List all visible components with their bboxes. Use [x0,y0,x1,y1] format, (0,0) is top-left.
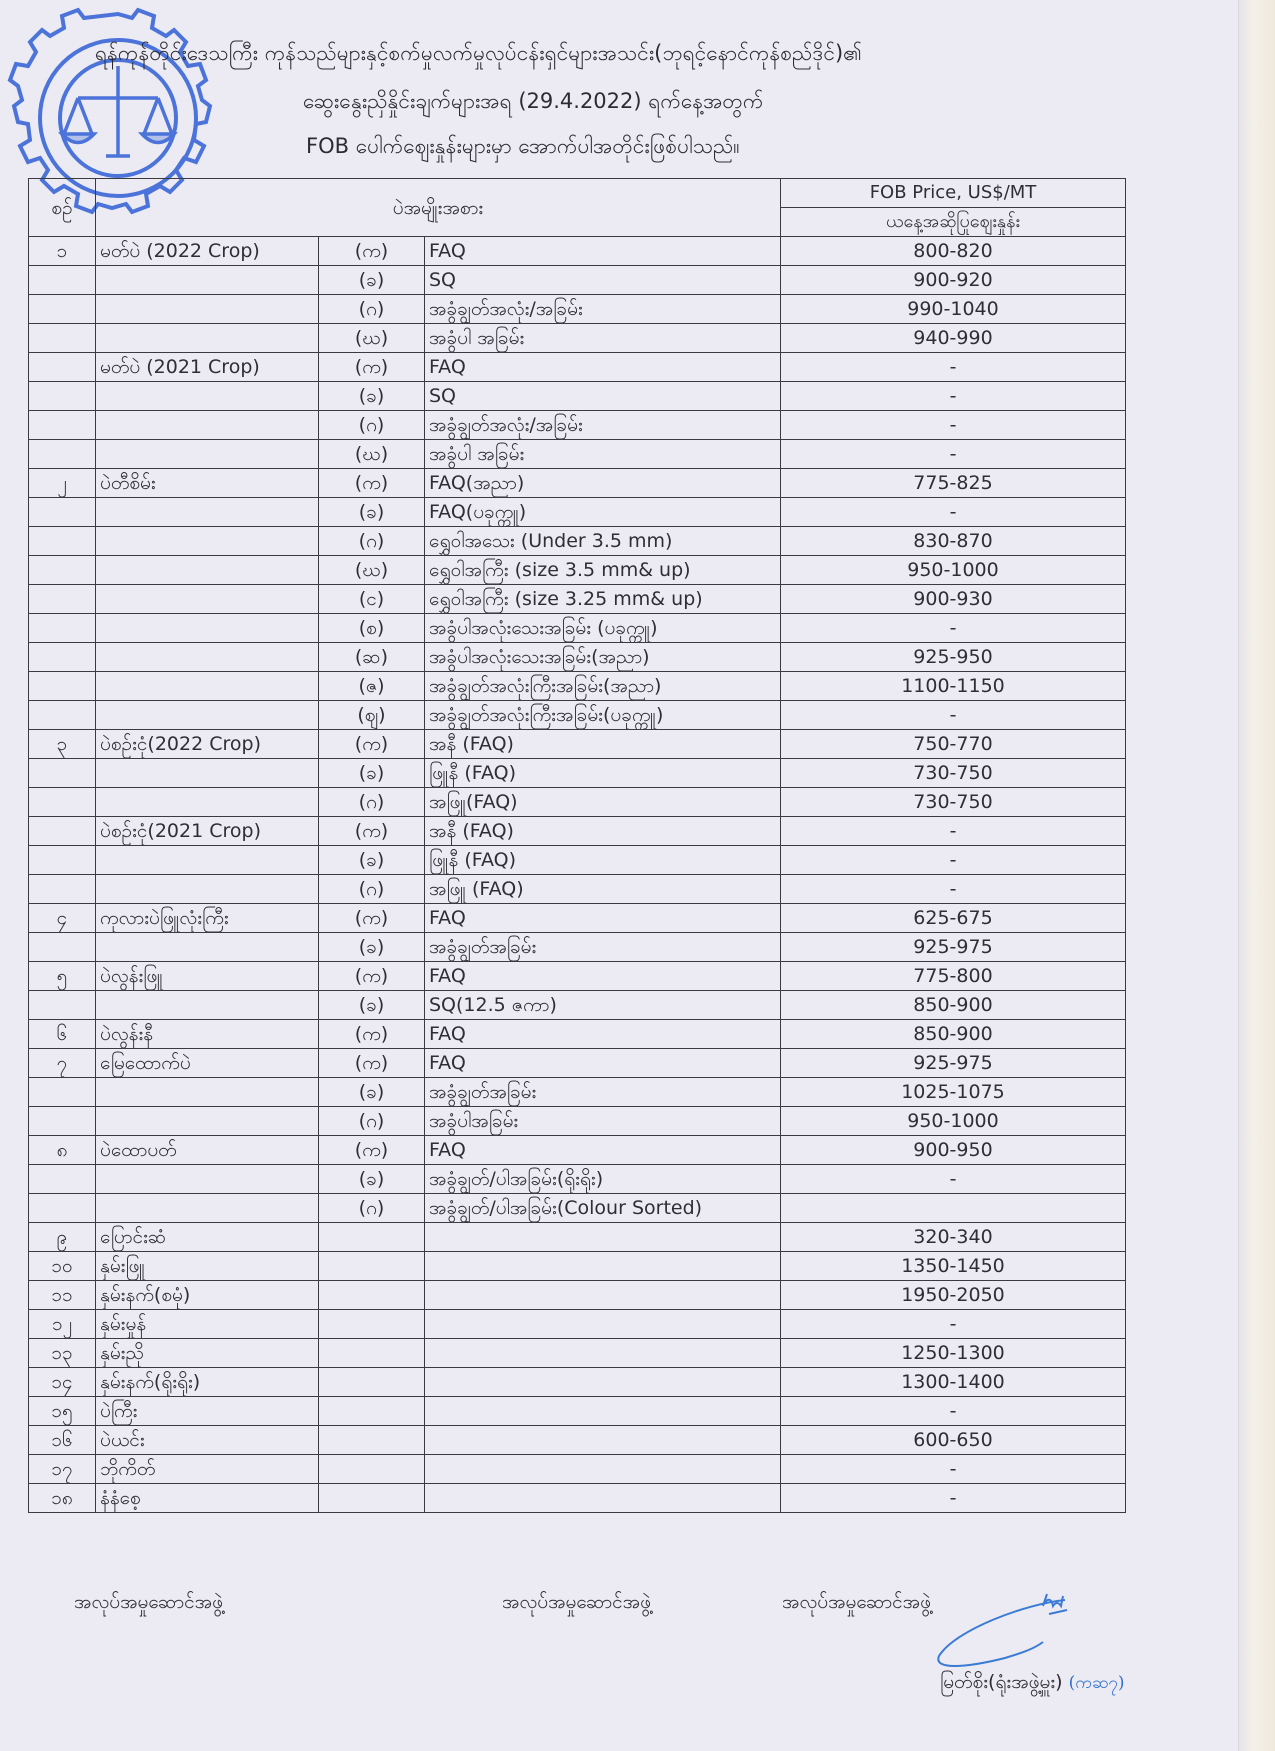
grade-cell: FAQ(အညာ) [425,469,781,498]
table-row: ၇မြေထောက်ပဲ(က)FAQ925-975 [29,1049,1126,1078]
grade-cell: အဖြူ(FAQ) [425,788,781,817]
grade-cell: အခွံပါအခြမ်း [425,1107,781,1136]
price-cell: 320-340 [781,1223,1126,1252]
header-serial-number: စဉ် [29,179,96,237]
bean-name-cell: နှမ်းမှုန် [96,1310,319,1339]
sub-item-cell: (က) [319,904,425,933]
grade-cell: အခွံပါအလုံးသေးအခြမ်း (ပခုက္ကူ) [425,614,781,643]
sub-item-cell [319,1368,425,1397]
sub-item-cell: (က) [319,237,425,266]
sub-item-cell: (က) [319,1049,425,1078]
grade-cell: အခွံချွတ်အခြမ်း [425,933,781,962]
sub-item-cell: (ဇ) [319,672,425,701]
serial-number-cell [29,324,96,353]
table-row: ၁၄နှမ်းနက်(ရိုးရိုး)1300-1400 [29,1368,1126,1397]
table-row: (ဂ)အခွံချွတ်/ပါအခြမ်း(Colour Sorted) [29,1194,1126,1223]
serial-number-cell [29,875,96,904]
price-cell: - [781,498,1126,527]
grade-cell: အခွံချွတ်/ပါအခြမ်း(ရိုးရိုး) [425,1165,781,1194]
serial-number-cell [29,353,96,382]
serial-number-cell [29,788,96,817]
bean-name-cell [96,295,319,324]
bean-name-cell [96,585,319,614]
grade-cell: ဖြူနီ (FAQ) [425,759,781,788]
price-cell: - [781,1455,1126,1484]
bean-name-cell: ပဲလွန်းဖြူ [96,962,319,991]
sub-item-cell: (ဂ) [319,527,425,556]
serial-number-cell [29,585,96,614]
table-row: (ခ)SQ(12.5 ဇကာ)850-900 [29,991,1126,1020]
bean-name-cell [96,788,319,817]
serial-number-cell [29,643,96,672]
table-row: (ဇ)အခွံချွတ်အလုံးကြီးအခြမ်း(အညာ)1100-115… [29,672,1126,701]
table-row: ၁၈နံနံစေ့- [29,1484,1126,1513]
bean-name-cell [96,440,319,469]
grade-cell [425,1252,781,1281]
serial-number-cell [29,759,96,788]
table-row: ၆ပဲလွန်းနီ(က)FAQ850-900 [29,1020,1126,1049]
sub-item-cell: (ဂ) [319,1107,425,1136]
grade-cell: ရွှေဝါအသေး (Under 3.5 mm) [425,527,781,556]
sub-item-cell: (က) [319,1020,425,1049]
table-row: (စ)အခွံပါအလုံးသေးအခြမ်း (ပခုက္ကူ)- [29,614,1126,643]
bean-name-cell [96,933,319,962]
table-row: ပဲစဉ်းငုံ(2021 Crop)(က)အနီ (FAQ)- [29,817,1126,846]
price-cell: 1950-2050 [781,1281,1126,1310]
table-row: (ခ)အခွံချွတ်/ပါအခြမ်း(ရိုးရိုး)- [29,1165,1126,1194]
grade-cell: SQ(12.5 ဇကာ) [425,991,781,1020]
table-row: ၅ပဲလွန်းဖြူ(က)FAQ775-800 [29,962,1126,991]
price-cell: - [781,1310,1126,1339]
bean-name-cell [96,1194,319,1223]
serial-number-cell: ၄ [29,904,96,933]
price-cell: - [781,817,1126,846]
price-cell: 925-950 [781,643,1126,672]
approver-signature-block: မြတ်စိုး(ရုံးအဖွဲ့မှူး)(ကဆ၇) [940,1670,1125,1698]
sub-item-cell [319,1426,425,1455]
sub-item-cell: (ခ) [319,498,425,527]
grade-cell [425,1397,781,1426]
grade-cell: အနီ (FAQ) [425,817,781,846]
sub-item-cell: (စ) [319,614,425,643]
table-row: ၁၅ပဲကြီး- [29,1397,1126,1426]
table-row: ၁၀နှမ်းဖြူ1350-1450 [29,1252,1126,1281]
grade-cell: အခွံချွတ်အလုံး/အခြမ်း [425,411,781,440]
serial-number-cell [29,556,96,585]
bean-name-cell: နှမ်းညို [96,1339,319,1368]
bean-name-cell: ပြောင်းဆံ [96,1223,319,1252]
sub-item-cell [319,1223,425,1252]
serial-number-cell [29,440,96,469]
document-title-line-1: ရန်ကုန်တိုင်းဒေသကြီး ကုန်သည်များနှင့်စက်… [95,40,862,71]
grade-cell: FAQ [425,1049,781,1078]
sub-item-cell [319,1281,425,1310]
price-cell: 775-800 [781,962,1126,991]
table-row: (ဂ)အဖြူ (FAQ)- [29,875,1126,904]
table-row: (ခ)ဖြူနီ (FAQ)730-750 [29,759,1126,788]
bean-name-cell: ကုလားပဲဖြူလုံးကြီး [96,904,319,933]
grade-cell: FAQ [425,237,781,266]
grade-cell: ဖြူနီ (FAQ) [425,846,781,875]
serial-number-cell: ၁၃ [29,1339,96,1368]
price-cell: 950-1000 [781,556,1126,585]
serial-number-cell: ၁ [29,237,96,266]
serial-number-cell: ၁၅ [29,1397,96,1426]
table-row: (ခ)ဖြူနီ (FAQ)- [29,846,1126,875]
grade-cell [425,1339,781,1368]
sub-item-cell: (ဈ) [319,701,425,730]
serial-number-cell: ၅ [29,962,96,991]
price-cell: - [781,614,1126,643]
sub-item-cell: (ခ) [319,933,425,962]
serial-number-cell: ၉ [29,1223,96,1252]
table-row: (ဂ)အဖြူ(FAQ)730-750 [29,788,1126,817]
serial-number-cell: ၇ [29,1049,96,1078]
sub-item-cell: (က) [319,817,425,846]
serial-number-cell [29,527,96,556]
bean-name-cell [96,1078,319,1107]
grade-cell: အခွံချွတ်အလုံးကြီးအခြမ်း(ပခုက္ကူ) [425,701,781,730]
serial-number-cell [29,382,96,411]
table-row: (ဃ)အခွံပါ အခြမ်း940-990 [29,324,1126,353]
bean-name-cell [96,556,319,585]
bean-name-cell [96,643,319,672]
bean-name-cell [96,1107,319,1136]
serial-number-cell [29,701,96,730]
sub-item-cell [319,1484,425,1513]
bean-name-cell [96,991,319,1020]
table-row: ၁မတ်ပဲ (2022 Crop)(က)FAQ800-820 [29,237,1126,266]
price-cell: 1100-1150 [781,672,1126,701]
sub-item-cell: (ဂ) [319,875,425,904]
serial-number-cell: ၈ [29,1136,96,1165]
bean-name-cell [96,875,319,904]
sub-item-cell: (က) [319,353,425,382]
serial-number-cell: ၁၇ [29,1455,96,1484]
sub-item-cell: (ဂ) [319,411,425,440]
grade-cell: အခွံချွတ်/ပါအခြမ်း(Colour Sorted) [425,1194,781,1223]
serial-number-cell [29,846,96,875]
serial-number-cell [29,991,96,1020]
grade-cell: အနီ (FAQ) [425,730,781,759]
table-row: မတ်ပဲ (2021 Crop)(က)FAQ- [29,353,1126,382]
approver-name: မြတ်စိုး(ရုံးအဖွဲ့မှူး) [940,1671,1063,1693]
scanned-page-edge [1238,0,1275,1751]
sub-item-cell: (ခ) [319,991,425,1020]
serial-number-cell: ၂ [29,469,96,498]
price-cell: - [781,701,1126,730]
serial-number-cell: ၁၂ [29,1310,96,1339]
price-cell: - [781,1484,1126,1513]
sub-item-cell: (ခ) [319,1078,425,1107]
serial-number-cell [29,1165,96,1194]
price-cell: 1025-1075 [781,1078,1126,1107]
table-row: (ဂ)ရွှေဝါအသေး (Under 3.5 mm)830-870 [29,527,1126,556]
document-title-line-3: FOB ပေါက်ဈေးနှုန်းများမှာ အောက်ပါအတိုင်း… [306,133,740,164]
sub-item-cell: (ဃ) [319,440,425,469]
serial-number-cell: ၃ [29,730,96,759]
price-cell: 750-770 [781,730,1126,759]
bean-name-cell: ပဲစဉ်းငုံ(2022 Crop) [96,730,319,759]
serial-number-cell [29,614,96,643]
serial-number-cell: ၁၄ [29,1368,96,1397]
grade-cell: အဖြူ (FAQ) [425,875,781,904]
sub-item-cell: (ဆ) [319,643,425,672]
grade-cell: အခွံချွတ်အလုံးကြီးအခြမ်း(အညာ) [425,672,781,701]
price-cell: 950-1000 [781,1107,1126,1136]
sub-item-cell [319,1252,425,1281]
bean-name-cell [96,614,319,643]
grade-cell: ရွှေဝါအကြီး (size 3.5 mm& up) [425,556,781,585]
sub-item-cell: (ခ) [319,759,425,788]
sub-item-cell [319,1455,425,1484]
serial-number-cell: ၆ [29,1020,96,1049]
grade-cell: အခွံပါ အခြမ်း [425,324,781,353]
bean-name-cell: နှမ်းဖြူ [96,1252,319,1281]
grade-cell [425,1310,781,1339]
price-cell: 625-675 [781,904,1126,933]
sub-item-cell: (က) [319,1136,425,1165]
table-row: ၁၂နှမ်းမှုန်- [29,1310,1126,1339]
serial-number-cell [29,1107,96,1136]
serial-number-cell [29,1194,96,1223]
serial-number-cell [29,411,96,440]
price-cell: 1300-1400 [781,1368,1126,1397]
grade-cell: ရွှေဝါအကြီး (size 3.25 mm& up) [425,585,781,614]
price-cell: 940-990 [781,324,1126,353]
grade-cell [425,1484,781,1513]
price-cell: - [781,1397,1126,1426]
grade-cell: FAQ [425,1020,781,1049]
table-row: (ဃ)ရွှေဝါအကြီး (size 3.5 mm& up)950-1000 [29,556,1126,585]
price-cell: - [781,382,1126,411]
price-cell: 800-820 [781,237,1126,266]
table-row: ၈ပဲထောပတ်(က)FAQ900-950 [29,1136,1126,1165]
bean-name-cell [96,672,319,701]
serial-number-cell [29,817,96,846]
price-cell: 730-750 [781,788,1126,817]
serial-number-cell: ၁၀ [29,1252,96,1281]
serial-number-cell [29,266,96,295]
grade-cell [425,1368,781,1397]
table-row: (င)ရွှေဝါအကြီး (size 3.25 mm& up)900-930 [29,585,1126,614]
price-cell: 1250-1300 [781,1339,1126,1368]
bean-name-cell [96,382,319,411]
table-row: ၁၁နှမ်းနက်(စမုံ)1950-2050 [29,1281,1126,1310]
bean-name-cell: မြေထောက်ပဲ [96,1049,319,1078]
bean-name-cell: ဘိုကိတ် [96,1455,319,1484]
price-cell [781,1194,1126,1223]
sub-item-cell: (င) [319,585,425,614]
serial-number-cell [29,672,96,701]
bean-name-cell: နှမ်းနက်(စမုံ) [96,1281,319,1310]
header-todays-price: ယနေ့အဆိုပြုဈေးနှုန်း [781,208,1126,237]
price-cell: 830-870 [781,527,1126,556]
bean-name-cell [96,324,319,353]
price-cell: 925-975 [781,933,1126,962]
sub-item-cell: (ဂ) [319,1194,425,1223]
grade-cell: အခွံချွတ်အခြမ်း [425,1078,781,1107]
table-row: (ခ)FAQ(ပခုက္ကူ)- [29,498,1126,527]
price-cell: - [781,1165,1126,1194]
fob-price-table: စဉ် ပဲအမျိုးအစား FOB Price, US$/MT ယနေ့အ… [28,178,1126,1513]
table-row: (ဂ)အခွံချွတ်အလုံး/အခြမ်း- [29,411,1126,440]
price-cell: - [781,875,1126,904]
signatory-executive-committee-2: အလုပ်အမှုဆောင်အဖွဲ့ [502,1590,651,1618]
table-row: (ခ)အခွံချွတ်အခြမ်း925-975 [29,933,1126,962]
table-row: ၉ပြောင်းဆံ320-340 [29,1223,1126,1252]
serial-number-cell [29,295,96,324]
grade-cell [425,1281,781,1310]
sub-item-cell: (ခ) [319,846,425,875]
bean-name-cell: မတ်ပဲ (2022 Crop) [96,237,319,266]
table-row: ၃ပဲစဉ်းငုံ(2022 Crop)(က)အနီ (FAQ)750-770 [29,730,1126,759]
bean-name-cell: ပဲကြီး [96,1397,319,1426]
grade-cell [425,1426,781,1455]
table-row: (ဈ)အခွံချွတ်အလုံးကြီးအခြမ်း(ပခုက္ကူ)- [29,701,1126,730]
grade-cell [425,1455,781,1484]
grade-cell: အခွံပါ အခြမ်း [425,440,781,469]
sub-item-cell: (က) [319,962,425,991]
bean-name-cell [96,266,319,295]
price-cell: 600-650 [781,1426,1126,1455]
sub-item-cell: (ဃ) [319,324,425,353]
bean-name-cell: ပဲစဉ်းငုံ(2021 Crop) [96,817,319,846]
bean-name-cell: ပဲယင်း [96,1426,319,1455]
price-cell: - [781,411,1126,440]
sub-item-cell: (ခ) [319,266,425,295]
bean-name-cell: နံနံစေ့ [96,1484,319,1513]
table-row: ၁၃နှမ်းညို1250-1300 [29,1339,1126,1368]
bean-name-cell [96,701,319,730]
price-cell: 925-975 [781,1049,1126,1078]
sub-item-cell: (က) [319,469,425,498]
serial-number-cell: ၁၆ [29,1426,96,1455]
sub-item-cell: (ခ) [319,1165,425,1194]
signatory-executive-committee-1: အလုပ်အမှုဆောင်အဖွဲ့ [74,1590,223,1618]
bean-name-cell [96,846,319,875]
bean-name-cell [96,1165,319,1194]
table-row: (ခ)SQ900-920 [29,266,1126,295]
grade-cell: အခွံပါအလုံးသေးအခြမ်း(အညာ) [425,643,781,672]
bean-name-cell: ပဲလွန်းနီ [96,1020,319,1049]
table-row: (ခ)အခွံချွတ်အခြမ်း1025-1075 [29,1078,1126,1107]
bean-name-cell [96,411,319,440]
bean-name-cell: ပဲတီစိမ်း [96,469,319,498]
signatory-executive-committee-3: အလုပ်အမှုဆောင်အဖွဲ့ [782,1590,931,1618]
price-table-body: ၁မတ်ပဲ (2022 Crop)(က)FAQ800-820(ခ)SQ900-… [29,237,1126,1513]
grade-cell: FAQ [425,353,781,382]
bean-name-cell [96,759,319,788]
grade-cell [425,1223,781,1252]
sub-item-cell [319,1310,425,1339]
bean-name-cell: ပဲထောပတ် [96,1136,319,1165]
header-fob-price: FOB Price, US$/MT [781,179,1126,208]
sub-item-cell: (ဂ) [319,788,425,817]
bean-name-cell [96,527,319,556]
sub-item-cell: (ဂ) [319,295,425,324]
grade-cell: FAQ [425,904,781,933]
price-cell: 900-930 [781,585,1126,614]
header-bean-type: ပဲအမျိုးအစား [96,179,781,237]
bean-name-cell: နှမ်းနက်(ရိုးရိုး) [96,1368,319,1397]
grade-cell: FAQ [425,962,781,991]
grade-cell: အခွံချွတ်အလုံး/အခြမ်း [425,295,781,324]
price-cell: 900-950 [781,1136,1126,1165]
serial-number-cell [29,498,96,527]
price-cell: - [781,440,1126,469]
bean-name-cell [96,498,319,527]
serial-number-cell: ၁၁ [29,1281,96,1310]
price-cell: 850-900 [781,991,1126,1020]
table-row: (ဂ)အခွံပါအခြမ်း950-1000 [29,1107,1126,1136]
table-row: ၄ကုလားပဲဖြူလုံးကြီး(က)FAQ625-675 [29,904,1126,933]
sub-item-cell [319,1397,425,1426]
serial-number-cell [29,1078,96,1107]
approver-handwritten-note: (ကဆ၇) [1069,1673,1125,1693]
sub-item-cell [319,1339,425,1368]
sub-item-cell: (ခ) [319,382,425,411]
price-cell: 1350-1450 [781,1252,1126,1281]
table-row: (ဃ)အခွံပါ အခြမ်း- [29,440,1126,469]
price-cell: - [781,353,1126,382]
handwritten-signature-icon [925,1590,1115,1680]
price-cell: 900-920 [781,266,1126,295]
grade-cell: FAQ [425,1136,781,1165]
bean-name-cell: မတ်ပဲ (2021 Crop) [96,353,319,382]
serial-number-cell: ၁၈ [29,1484,96,1513]
sub-item-cell: (က) [319,730,425,759]
table-row: ၂ပဲတီစိမ်း(က)FAQ(အညာ)775-825 [29,469,1126,498]
serial-number-cell [29,933,96,962]
price-cell: 775-825 [781,469,1126,498]
price-cell: - [781,846,1126,875]
table-row: ၁၇ဘိုကိတ်- [29,1455,1126,1484]
grade-cell: SQ [425,382,781,411]
table-row: (ခ)SQ- [29,382,1126,411]
table-row: ၁၆ပဲယင်း600-650 [29,1426,1126,1455]
grade-cell: FAQ(ပခုက္ကူ) [425,498,781,527]
grade-cell: SQ [425,266,781,295]
document-title-line-2: ဆွေးနွေးညှိနှိုင်းချက်များအရ (29.4.2022)… [303,88,763,119]
price-cell: 730-750 [781,759,1126,788]
sub-item-cell: (ဃ) [319,556,425,585]
table-row: (ဂ)အခွံချွတ်အလုံး/အခြမ်း990-1040 [29,295,1126,324]
price-cell: 990-1040 [781,295,1126,324]
table-row: (ဆ)အခွံပါအလုံးသေးအခြမ်း(အညာ)925-950 [29,643,1126,672]
price-cell: 850-900 [781,1020,1126,1049]
